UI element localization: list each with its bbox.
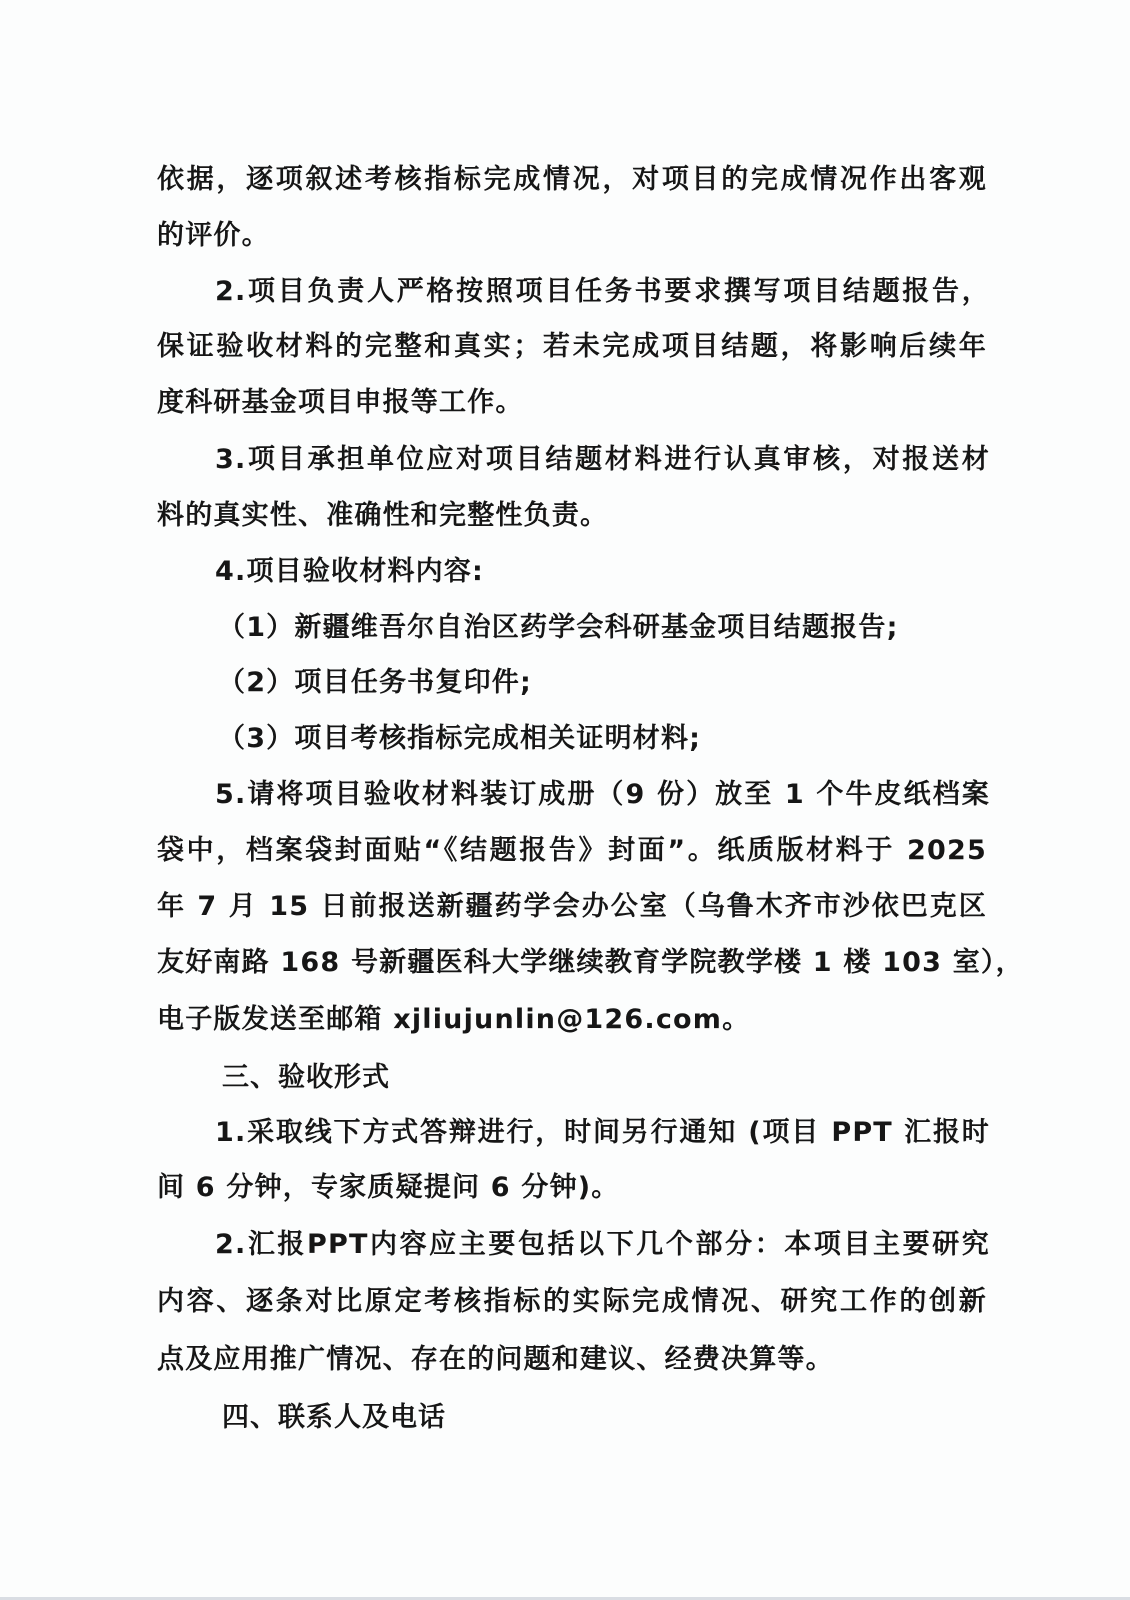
form-item-1-defense: 1.采取线下方式答辩进行，时间另行通知 (项目 PPT 汇报时 — [215, 1113, 990, 1153]
item-3-line-2: 料的真实性、准确性和完整性负责。 — [157, 496, 987, 536]
material-item-2: （2）项目任务书复印件; — [218, 663, 988, 703]
item-3-unit-review: 3.项目承担单位应对项目结题材料进行认真审核，对报送材 — [215, 440, 990, 480]
item-4-materials-heading: 4.项目验收材料内容: — [215, 552, 990, 592]
item-2-line-3: 度科研基金项目申报等工作。 — [157, 383, 987, 423]
form-item-1-line-2: 间 6 分钟，专家质疑提问 6 分钟)。 — [157, 1168, 987, 1208]
item-5-submission: 5.请将项目验收材料装订成册（9 份）放至 1 个牛皮纸档案 — [215, 775, 990, 815]
paragraph-line-evaluation-end: 的评价。 — [157, 216, 987, 256]
paragraph-line-evaluation-basis: 依据，逐项叙述考核指标完成情况，对项目的完成情况作出客观 — [157, 160, 987, 200]
item-5-line-3: 年 7 月 15 日前报送新疆药学会办公室（乌鲁木齐市沙依巴克区 — [157, 887, 987, 927]
material-item-1: （1）新疆维吾尔自治区药学会科研基金项目结题报告; — [218, 608, 988, 648]
item-5-address: 友好南路 168 号新疆医科大学继续教育学院教学楼 1 楼 103 室）， — [157, 943, 987, 983]
item-2-line-2: 保证验收材料的完整和真实；若未完成项目结题，将影响后续年 — [157, 327, 987, 367]
document-page: 依据，逐项叙述考核指标完成情况，对项目的完成情况作出客观 的评价。 2.项目负责… — [0, 0, 1130, 1600]
item-5-line-2: 袋中，档案袋封面贴“《结题报告》封面”。纸质版材料于 2025 — [157, 831, 987, 871]
item-5-email: 电子版发送至邮箱 xjliujunlin@126.com。 — [157, 1000, 987, 1040]
item-2-report-requirement: 2.项目负责人严格按照项目任务书要求撰写项目结题报告， — [215, 272, 990, 312]
section-heading-contact: 四、联系人及电话 — [222, 1398, 1052, 1438]
material-item-3: （3）项目考核指标完成相关证明材料; — [218, 719, 988, 759]
form-item-2-line-3: 点及应用推广情况、存在的问题和建议、经费决算等。 — [157, 1340, 987, 1380]
form-item-2-line-2: 内容、逐条对比原定考核指标的实际完成情况、研究工作的创新 — [157, 1282, 987, 1322]
section-heading-acceptance-form: 三、验收形式 — [222, 1058, 1052, 1098]
form-item-2-ppt-content: 2.汇报PPT内容应主要包括以下几个部分：本项目主要研究 — [215, 1225, 990, 1265]
